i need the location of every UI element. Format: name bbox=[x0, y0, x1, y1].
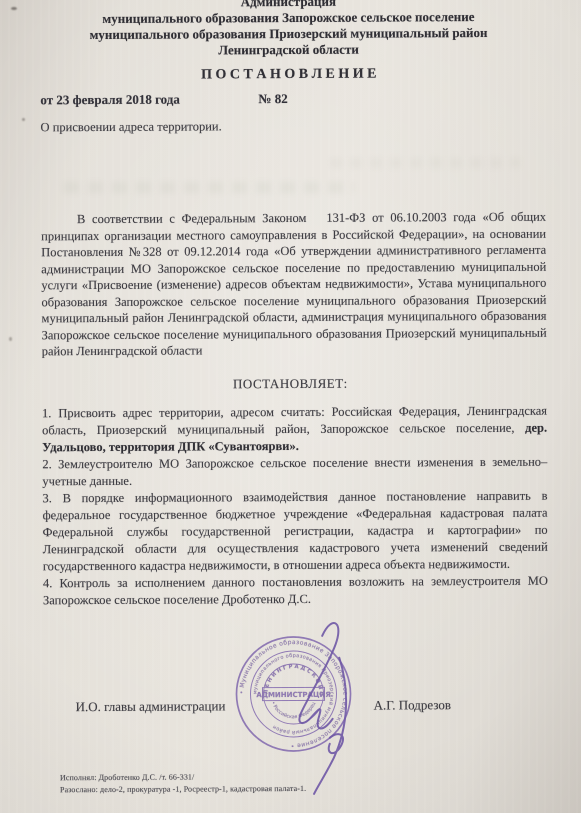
preamble-paragraph: В соответствии с Федеральным Законом 131… bbox=[41, 209, 547, 360]
resolution-items: 1. Присвоить адрес территории, адресом с… bbox=[42, 403, 548, 610]
item-1-text: 1. Присвоить адрес территории, адресом с… bbox=[42, 404, 547, 438]
document-type-title: П О С Т А Н О В Л Е Н И Е bbox=[0, 65, 579, 84]
stamp-bottom-arc-text: • Российская Федерация • bbox=[201, 605, 317, 720]
letterhead: Администрация муниципального образования… bbox=[0, 0, 579, 60]
document-number: № 82 bbox=[258, 91, 287, 107]
document-content: Администрация муниципального образования… bbox=[0, 0, 581, 813]
resolution-item-2: 2. Землеустроителю МО Запорожское сельск… bbox=[42, 454, 547, 491]
clerical-footer: Исполнял: Дроботенко Д.С. /т. 66-331/ Ра… bbox=[60, 771, 306, 796]
distribution-line: Разослано: дело-2, прокуратура -1, Росре… bbox=[60, 783, 306, 796]
date-number-row: от 23 февраля 2018 года № 82 bbox=[40, 90, 545, 109]
document-date: от 23 февраля 2018 года bbox=[40, 92, 180, 108]
document-subject: О присвоении адреса территории. bbox=[40, 119, 221, 135]
resolves-heading: ПОСТАНОВЛЯЕТ: bbox=[0, 374, 581, 393]
svg-text:• Российская Федерация •: • Российская Федерация • bbox=[201, 605, 317, 720]
scanned-document-page: Администрация муниципального образования… bbox=[0, 0, 581, 813]
resolution-item-4: 4. Контроль за исполнением данного поста… bbox=[43, 573, 548, 610]
resolution-item-1: 1. Присвоить адрес территории, адресом с… bbox=[42, 403, 547, 457]
stamp-center-text: АДМИНИСТРАЦИЯ bbox=[256, 691, 330, 699]
org-name-line-4: Ленинградской области bbox=[0, 40, 579, 59]
resolution-item-3: 3. В порядке информационного взаимодейст… bbox=[42, 488, 547, 576]
